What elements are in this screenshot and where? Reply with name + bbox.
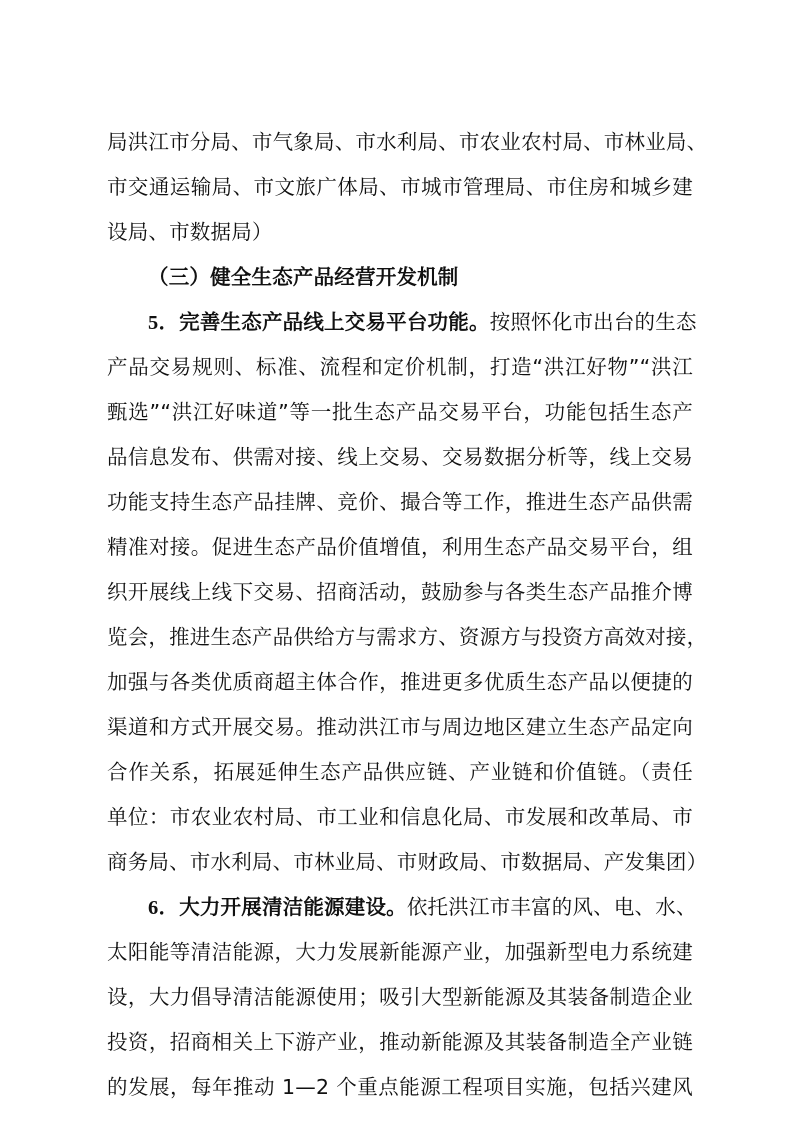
body-line: 合作关系，拓展延伸生态产品供应链、产业链和价值链。（责任 [107,760,693,784]
item-6-first-line: 6．大力开展清洁能源建设。依托洪江市丰富的风、电、水、 [148,895,693,920]
body-text: 按照怀化市出台的生态 [490,310,697,334]
item-title: 完善生态产品线上交易平台功能。 [179,310,490,334]
body-line: 加强与各类优质商超主体合作，推进更多优质生态产品以便捷的 [107,670,693,694]
body-line: 商务局、市水利局、市林业局、市财政局、市数据局、产发集团） [107,850,693,874]
item-number: 6． [148,897,179,919]
item-title: 大力开展清洁能源建设。 [179,895,407,919]
body-line: 精准对接。促进生态产品价值增值，利用生态产品交易平台，组 [107,535,693,559]
body-line: 市交通运输局、市文旅广体局、市城市管理局、市住房和城乡建 [107,175,693,199]
body-line: 设，大力倡导清洁能源使用；吸引大型新能源及其装备制造企业 [107,985,693,1009]
body-line: 功能支持生态产品挂牌、竞价、撮合等工作，推进生态产品供需 [107,490,693,514]
body-line: 产品交易规则、标准、流程和定价机制，打造“洪江好物”“洪江 [107,355,693,379]
body-line: 品信息发布、供需对接、线上交易、交易数据分析等，线上交易 [107,445,693,469]
body-line: 的发展，每年推动 1—2 个重点能源工程项目实施，包括兴建风 [107,1075,693,1099]
body-line: 局洪江市分局、市气象局、市水利局、市农业农村局、市林业局、 [107,130,693,154]
body-line: 投资，招商相关上下游产业，推动新能源及其装备制造全产业链 [107,1030,693,1054]
body-line: 织开展线上线下交易、招商活动，鼓励参与各类生态产品推介博 [107,580,693,604]
item-number: 5． [148,312,179,334]
item-5-first-line: 5．完善生态产品线上交易平台功能。按照怀化市出台的生态 [148,310,693,335]
body-text: 依托洪江市丰富的风、电、水、 [407,895,697,919]
section-heading: （三）健全生态产品经营开发机制 [148,265,693,289]
document-page: 局洪江市分局、市气象局、市水利局、市农业农村局、市林业局、 市交通运输局、市文旅… [0,0,793,1122]
body-line: 览会，推进生态产品供给方与需求方、资源方与投资方高效对接， [107,625,693,649]
body-line: 甄选”“洪江好味道”等一批生态产品交易平台，功能包括生态产 [107,400,693,424]
body-line: 设局、市数据局） [107,220,693,244]
body-line: 单位：市农业农村局、市工业和信息化局、市发展和改革局、市 [107,805,693,829]
body-line: 太阳能等清洁能源，大力发展新能源产业，加强新型电力系统建 [107,940,693,964]
body-line: 渠道和方式开展交易。推动洪江市与周边地区建立生态产品定向 [107,715,693,739]
